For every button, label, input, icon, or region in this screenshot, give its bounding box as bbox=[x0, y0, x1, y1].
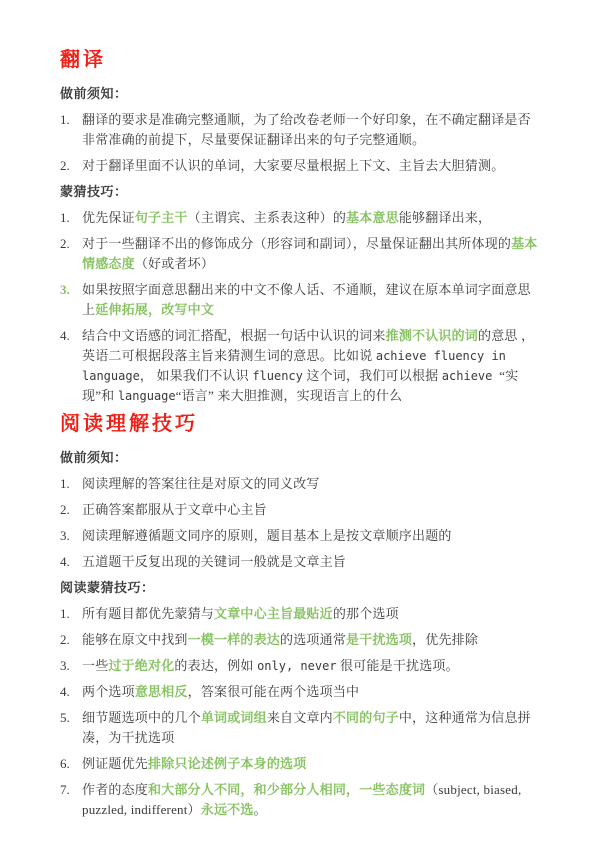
text-segment: 能够在原文中找到 bbox=[82, 632, 188, 647]
highlighted-text-segment: 排除只论述例子本身的选项 bbox=[148, 756, 306, 771]
list-item: 4.五道题干反复出现的关键词一般就是文章主旨 bbox=[60, 552, 542, 572]
list-item: 2.对于一些翻译不出的修饰成分（形容词和副词），尽量保证翻出其所体现的基本情感态… bbox=[60, 234, 542, 274]
text-segment: 一些 bbox=[82, 658, 108, 673]
text-segment: 作者的态度 bbox=[82, 782, 148, 797]
text-segment: （主谓宾、主系表这种）的 bbox=[188, 210, 346, 225]
list-item-text: 所有题目都优先蒙猜与文章中心主旨最贴近的那个选项 bbox=[82, 604, 542, 624]
section-heading: 阅读理解技巧 bbox=[60, 412, 542, 437]
text-segment: 阅读理解的答案往往是对原文的同义改写 bbox=[82, 476, 320, 491]
english-mono-segment: language bbox=[118, 389, 176, 403]
list-item-text: 例证题优先排除只论述例子本身的选项 bbox=[82, 754, 542, 774]
list-item-text: 优先保证句子主干（主谓宾、主系表这种）的基本意思能够翻译出来， bbox=[82, 208, 542, 228]
text-segment: 蒙猜技巧： bbox=[60, 184, 128, 199]
list-item-number: 2. bbox=[60, 234, 82, 274]
highlighted-text-segment: 基本意思 bbox=[346, 210, 399, 225]
list-item-text: 能够在原文中找到一模一样的表达的选项通常是干扰选项，优先排除 bbox=[82, 630, 542, 650]
text-segment: ，优先排除 bbox=[412, 632, 478, 647]
text-segment: 五道题干反复出现的关键词一般就是文章主旨 bbox=[82, 554, 346, 569]
text-segment: 细节题选项中的几个 bbox=[82, 710, 201, 725]
highlighted-text-segment: 一模一样的表达 bbox=[188, 632, 280, 647]
list-item-text: 作者的态度和大部分人不同，和少部分人相同，一些态度词（subject, bias… bbox=[82, 780, 542, 820]
text-segment: 的那个选项 bbox=[333, 606, 399, 621]
list-item-number: 5. bbox=[60, 708, 82, 748]
text-segment: 的表达，例如 bbox=[174, 658, 257, 673]
subsection-label: 做前须知： bbox=[60, 448, 542, 468]
list-item-number: 1. bbox=[60, 474, 82, 494]
list-item-text: 对于一些翻译不出的修饰成分（形容词和副词），尽量保证翻出其所体现的基本情感态度（… bbox=[82, 234, 542, 274]
list-item: 1.所有题目都优先蒙猜与文章中心主旨最贴近的那个选项 bbox=[60, 604, 542, 624]
highlighted-text-segment: 句子主干 bbox=[135, 210, 188, 225]
list-item: 2.正确答案都服从于文章中心主旨 bbox=[60, 500, 542, 520]
text-segment: 。 bbox=[254, 802, 267, 817]
list-item-text: 阅读理解遵循题文同序的原则，题目基本上是按文章顺序出题的 bbox=[82, 526, 542, 546]
highlighted-text-segment: 永远不选 bbox=[201, 802, 254, 817]
text-segment: 做前须知： bbox=[60, 450, 128, 465]
section-heading: 翻译 bbox=[60, 48, 542, 73]
text-segment: 这个词，我们可以根据 bbox=[303, 368, 442, 383]
subsection-label: 阅读蒙猜技巧： bbox=[60, 578, 542, 598]
highlighted-text-segment: 不同的句子 bbox=[333, 710, 399, 725]
document-page: 翻译做前须知：1.翻译的要求是准确完整通顺，为了给改卷老师一个好印象，在不确定翻… bbox=[0, 0, 596, 842]
list-item: 3.一些过于绝对化的表达，例如 only, never 很可能是干扰选项。 bbox=[60, 656, 542, 676]
highlighted-text-segment: 意思相反 bbox=[135, 684, 188, 699]
list-item-number: 6. bbox=[60, 754, 82, 774]
text-segment: 能够翻译出来， bbox=[399, 210, 491, 225]
subsection-label: 做前须知： bbox=[60, 84, 542, 104]
subsection-label: 蒙猜技巧： bbox=[60, 182, 542, 202]
list-item-number: 4. bbox=[60, 552, 82, 572]
text-segment: 例证题优先 bbox=[82, 756, 148, 771]
list-item-text: 如果按照字面意思翻出来的中文不像人话、不通顺，建议在原本单词字面意思上延伸拓展，… bbox=[82, 280, 542, 320]
list-item-number: 2. bbox=[60, 156, 82, 176]
text-segment: 优先保证 bbox=[82, 210, 135, 225]
list-item-text: 一些过于绝对化的表达，例如 only, never 很可能是干扰选项。 bbox=[82, 656, 542, 676]
list-item-text: 五道题干反复出现的关键词一般就是文章主旨 bbox=[82, 552, 542, 572]
list-item-text: 对于翻译里面不认识的单词，大家要尽量根据上下文、主旨去大胆猜测。 bbox=[82, 156, 542, 176]
list-item: 3.阅读理解遵循题文同序的原则，题目基本上是按文章顺序出题的 bbox=[60, 526, 542, 546]
list-item: 6.例证题优先排除只论述例子本身的选项 bbox=[60, 754, 542, 774]
list-item-number: 2. bbox=[60, 500, 82, 520]
list-item-number: 7. bbox=[60, 780, 82, 820]
text-segment: 对于翻译里面不认识的单词，大家要尽量根据上下文、主旨去大胆猜测。 bbox=[82, 158, 504, 173]
list-item: 1.翻译的要求是准确完整通顺，为了给改卷老师一个好印象，在不确定翻译是否非常准确… bbox=[60, 110, 542, 150]
list-item: 7.作者的态度和大部分人不同，和少部分人相同，一些态度词（subject, bi… bbox=[60, 780, 542, 820]
text-segment: 结合中文语感的词汇搭配，根据一句话中认识的词来 bbox=[82, 328, 386, 343]
english-mono-segment: only, never bbox=[257, 659, 336, 673]
list-item: 5.细节题选项中的几个单词或词组来自文章内不同的句子中，这种通常为信息拼凑，为干… bbox=[60, 708, 542, 748]
text-segment: 对于一些翻译不出的修饰成分（形容词和副词），尽量保证翻出其所体现的 bbox=[82, 236, 511, 251]
text-segment: 的选项通常 bbox=[280, 632, 346, 647]
text-segment: 阅读蒙猜技巧： bbox=[60, 580, 155, 595]
highlighted-text-segment: 文章中心主旨最贴近 bbox=[214, 606, 333, 621]
highlighted-text-segment: 和大部分人不同，和少部分人相同，一些态度词 bbox=[148, 782, 425, 797]
list-item: 1.优先保证句子主干（主谓宾、主系表这种）的基本意思能够翻译出来， bbox=[60, 208, 542, 228]
text-segment: 正确答案都服从于文章中心主旨 bbox=[82, 502, 267, 517]
text-segment: “语言” 来大胆推测，实现语言上的什么 bbox=[176, 388, 403, 403]
highlighted-text-segment: 是干扰选项 bbox=[346, 632, 412, 647]
highlighted-text-segment: 单词或词组 bbox=[201, 710, 267, 725]
reading-comprehension-section: 阅读理解技巧做前须知：1.阅读理解的答案往往是对原文的同义改写2.正确答案都服从… bbox=[60, 412, 542, 820]
text-segment: 所有题目都优先蒙猜与 bbox=[82, 606, 214, 621]
highlighted-text-segment: 推测不认识的词 bbox=[386, 328, 478, 343]
list-item: 4.结合中文语感的词汇搭配，根据一句话中认识的词来推测不认识的词的意思 ，英语二… bbox=[60, 326, 542, 406]
list-item-number: 3. bbox=[60, 656, 82, 676]
translation-section: 翻译做前须知：1.翻译的要求是准确完整通顺，为了给改卷老师一个好印象，在不确定翻… bbox=[60, 48, 542, 406]
list-item-number: 3. bbox=[60, 526, 82, 546]
list-item-number: 3. bbox=[60, 280, 82, 320]
english-mono-segment: achieve bbox=[442, 369, 493, 383]
list-item-text: 结合中文语感的词汇搭配，根据一句话中认识的词来推测不认识的词的意思 ，英语二可根… bbox=[82, 326, 542, 406]
list-item: 2.能够在原文中找到一模一样的表达的选项通常是干扰选项，优先排除 bbox=[60, 630, 542, 650]
list-item-number: 1. bbox=[60, 604, 82, 624]
list-item-number: 1. bbox=[60, 208, 82, 228]
list-item: 4.两个选项意思相反，答案很可能在两个选项当中 bbox=[60, 682, 542, 702]
list-item-text: 细节题选项中的几个单词或词组来自文章内不同的句子中，这种通常为信息拼凑，为干扰选… bbox=[82, 708, 542, 748]
list-item-text: 阅读理解的答案往往是对原文的同义改写 bbox=[82, 474, 542, 494]
list-item-number: 4. bbox=[60, 326, 82, 406]
text-segment: 做前须知： bbox=[60, 86, 128, 101]
list-item: 2.对于翻译里面不认识的单词，大家要尽量根据上下文、主旨去大胆猜测。 bbox=[60, 156, 542, 176]
text-segment: ，答案很可能在两个选项当中 bbox=[188, 684, 360, 699]
text-segment: 很可能是干扰选项。 bbox=[337, 658, 459, 673]
highlighted-text-segment: 过于绝对化 bbox=[108, 658, 174, 673]
list-item-number: 1. bbox=[60, 110, 82, 150]
list-item-text: 两个选项意思相反，答案很可能在两个选项当中 bbox=[82, 682, 542, 702]
list-item-text: 正确答案都服从于文章中心主旨 bbox=[82, 500, 542, 520]
list-item-number: 2. bbox=[60, 630, 82, 650]
english-mono-segment: fluency bbox=[252, 369, 303, 383]
text-segment: ， 如果我们不认识 bbox=[140, 368, 253, 383]
text-segment: 两个选项 bbox=[82, 684, 135, 699]
list-item: 1.阅读理解的答案往往是对原文的同义改写 bbox=[60, 474, 542, 494]
list-item-number: 4. bbox=[60, 682, 82, 702]
list-item: 3.如果按照字面意思翻出来的中文不像人话、不通顺，建议在原本单词字面意思上延伸拓… bbox=[60, 280, 542, 320]
text-segment: 来自文章内 bbox=[267, 710, 333, 725]
list-item-text: 翻译的要求是准确完整通顺，为了给改卷老师一个好印象，在不确定翻译是否非常准确的前… bbox=[82, 110, 542, 150]
highlighted-text-segment: 延伸拓展，改写中文 bbox=[95, 302, 214, 317]
text-segment: 翻译的要求是准确完整通顺，为了给改卷老师一个好印象，在不确定翻译是否非常准确的前… bbox=[82, 112, 531, 147]
text-segment: （好或者坏） bbox=[135, 256, 214, 271]
text-segment: 阅读理解遵循题文同序的原则，题目基本上是按文章顺序出题的 bbox=[82, 528, 452, 543]
